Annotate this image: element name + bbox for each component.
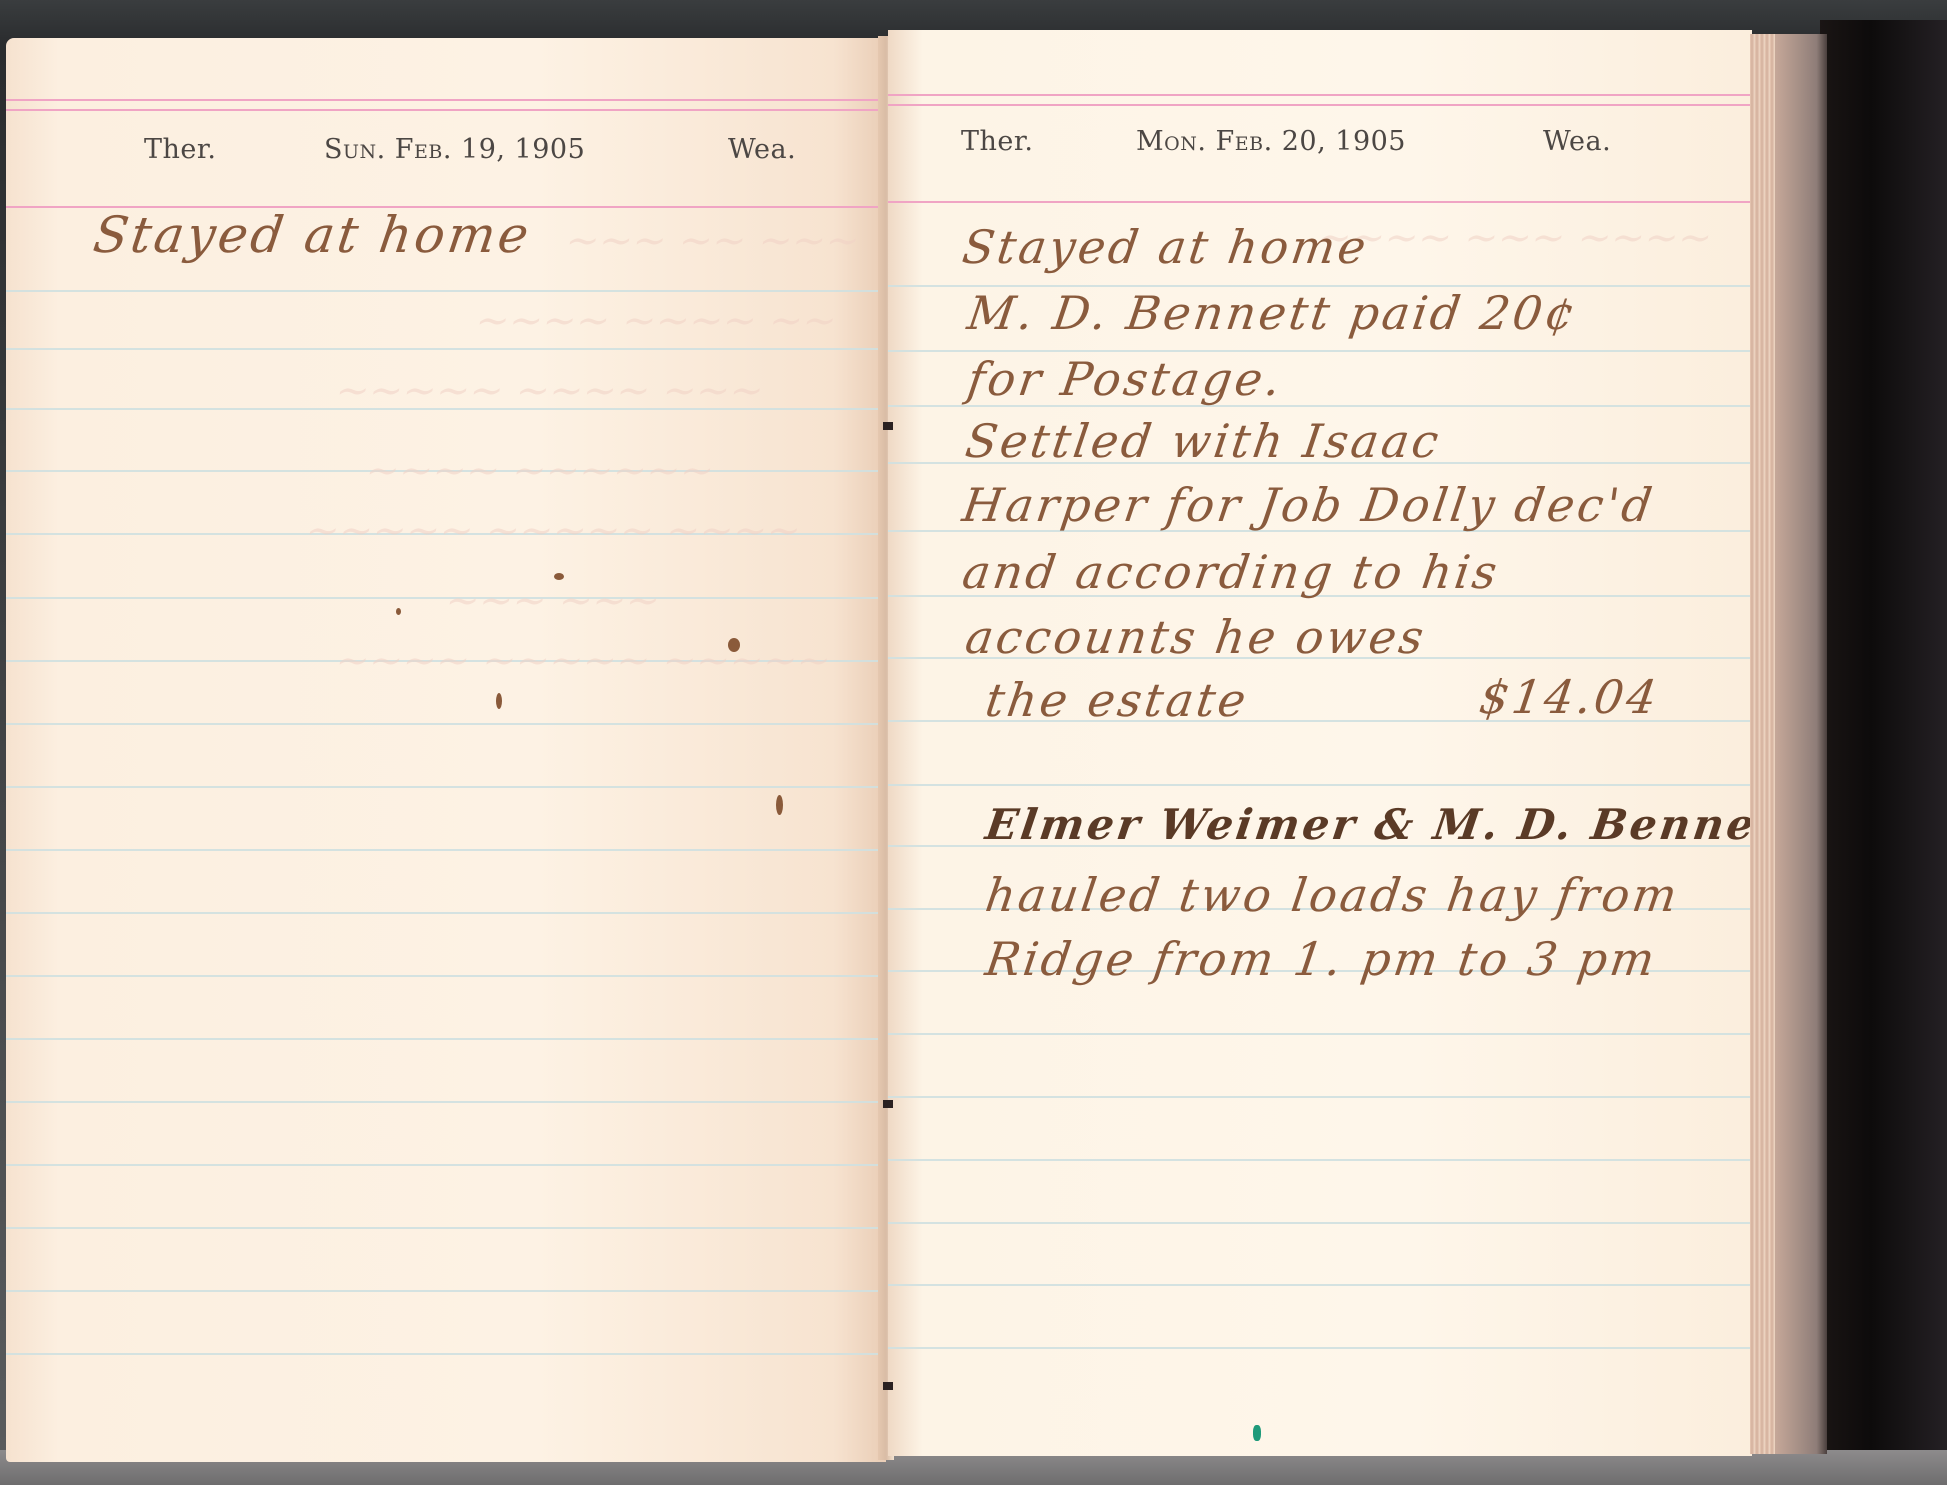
ruled-line [888, 1159, 1752, 1161]
ink-bleed-through: ~~~~~ ~~~~ ~~~ [332, 368, 768, 414]
page-date: Sun. Feb. 19, 1905 [324, 134, 585, 165]
ruled-line [6, 1227, 886, 1229]
entry-line: Ridge from 1. pm to 3 pm [982, 932, 1661, 986]
ruled-line [888, 784, 1752, 786]
entry-line: and according to his [959, 545, 1503, 599]
ink-bleed-through: ~~~~ ~~~~~ ~~~~~ [332, 638, 835, 684]
ruled-line [888, 1096, 1752, 1098]
ink-bleed-through: ~~~~ ~~~~~~ [362, 448, 718, 494]
page-date: Mon. Feb. 20, 1905 [1136, 126, 1406, 157]
entry-line: accounts he owes [962, 610, 1430, 664]
entry-line: M. D. Bennett paid 20¢ [964, 286, 1581, 340]
ruled-line [6, 1038, 886, 1040]
ruled-line [6, 849, 886, 851]
ink-bleed-through: ~~~ ~~ ~~~ [562, 218, 864, 264]
right-page: Ther. Mon. Feb. 20, 1905 Wea. ~~~~ ~~~ ~… [888, 30, 1752, 1456]
ruled-line [6, 975, 886, 977]
ink-bleed-through: ~~~~ ~~~~ ~~ [472, 298, 841, 344]
ruled-line [888, 1033, 1752, 1035]
ruled-line [888, 1284, 1752, 1286]
entry-line: for Postage. [964, 352, 1287, 406]
entry-line: Settled with Isaac [962, 414, 1445, 468]
entry-line: Stayed at home [90, 206, 535, 264]
ink-bleed-through: ~~~~ ~~~ ~~~~ [1314, 215, 1716, 261]
ruled-line [6, 290, 886, 292]
ruled-line [6, 786, 886, 788]
wea-label: Wea. [1543, 126, 1611, 157]
amount: $14.04 [1476, 670, 1663, 724]
ruled-line [6, 912, 886, 914]
entry-line: hauled two loads hay from [982, 868, 1683, 922]
ruled-line [6, 348, 886, 350]
entry-line: Elmer Weimer & M. D. Bennett [983, 800, 1752, 849]
book-cover [1820, 20, 1947, 1460]
ruled-line [6, 1353, 886, 1355]
ther-label: Ther. [961, 126, 1033, 157]
binding-mark [883, 422, 893, 430]
ink-bleed-through: ~~~ ~~~ [442, 578, 664, 624]
pink-rule [888, 104, 1752, 106]
ruled-line [6, 1101, 886, 1103]
ink-spot [776, 795, 783, 815]
pink-rule [6, 109, 886, 111]
ruled-line [888, 1347, 1752, 1349]
ther-label: Ther. [144, 134, 216, 165]
ink-spot [396, 608, 401, 615]
wea-label: Wea. [728, 134, 796, 165]
pink-rule [6, 99, 886, 101]
binding-mark [883, 1100, 893, 1108]
ink-spot [554, 573, 564, 580]
ruled-line [6, 1164, 886, 1166]
entry-line: Harper for Job Dolly dec'd [959, 478, 1658, 532]
ink-bleed-through: ~~~~~ ~~~~~ ~~~~ [302, 508, 805, 554]
pink-rule [888, 201, 1752, 203]
ink-spot [496, 693, 502, 709]
ruled-line [6, 723, 886, 725]
ink-spot [728, 638, 740, 652]
entry-line: the estate [982, 673, 1252, 727]
ink-spot [1253, 1425, 1261, 1441]
entry-line: Stayed at home [959, 220, 1372, 274]
pink-rule [888, 94, 1752, 96]
binding-mark [883, 1382, 893, 1390]
ruled-line [888, 1222, 1752, 1224]
page-edges-outer [1775, 34, 1827, 1454]
ruled-line [6, 1290, 886, 1292]
left-page: Ther. Sun. Feb. 19, 1905 Wea. ~~~ ~~ ~~~… [6, 38, 886, 1462]
